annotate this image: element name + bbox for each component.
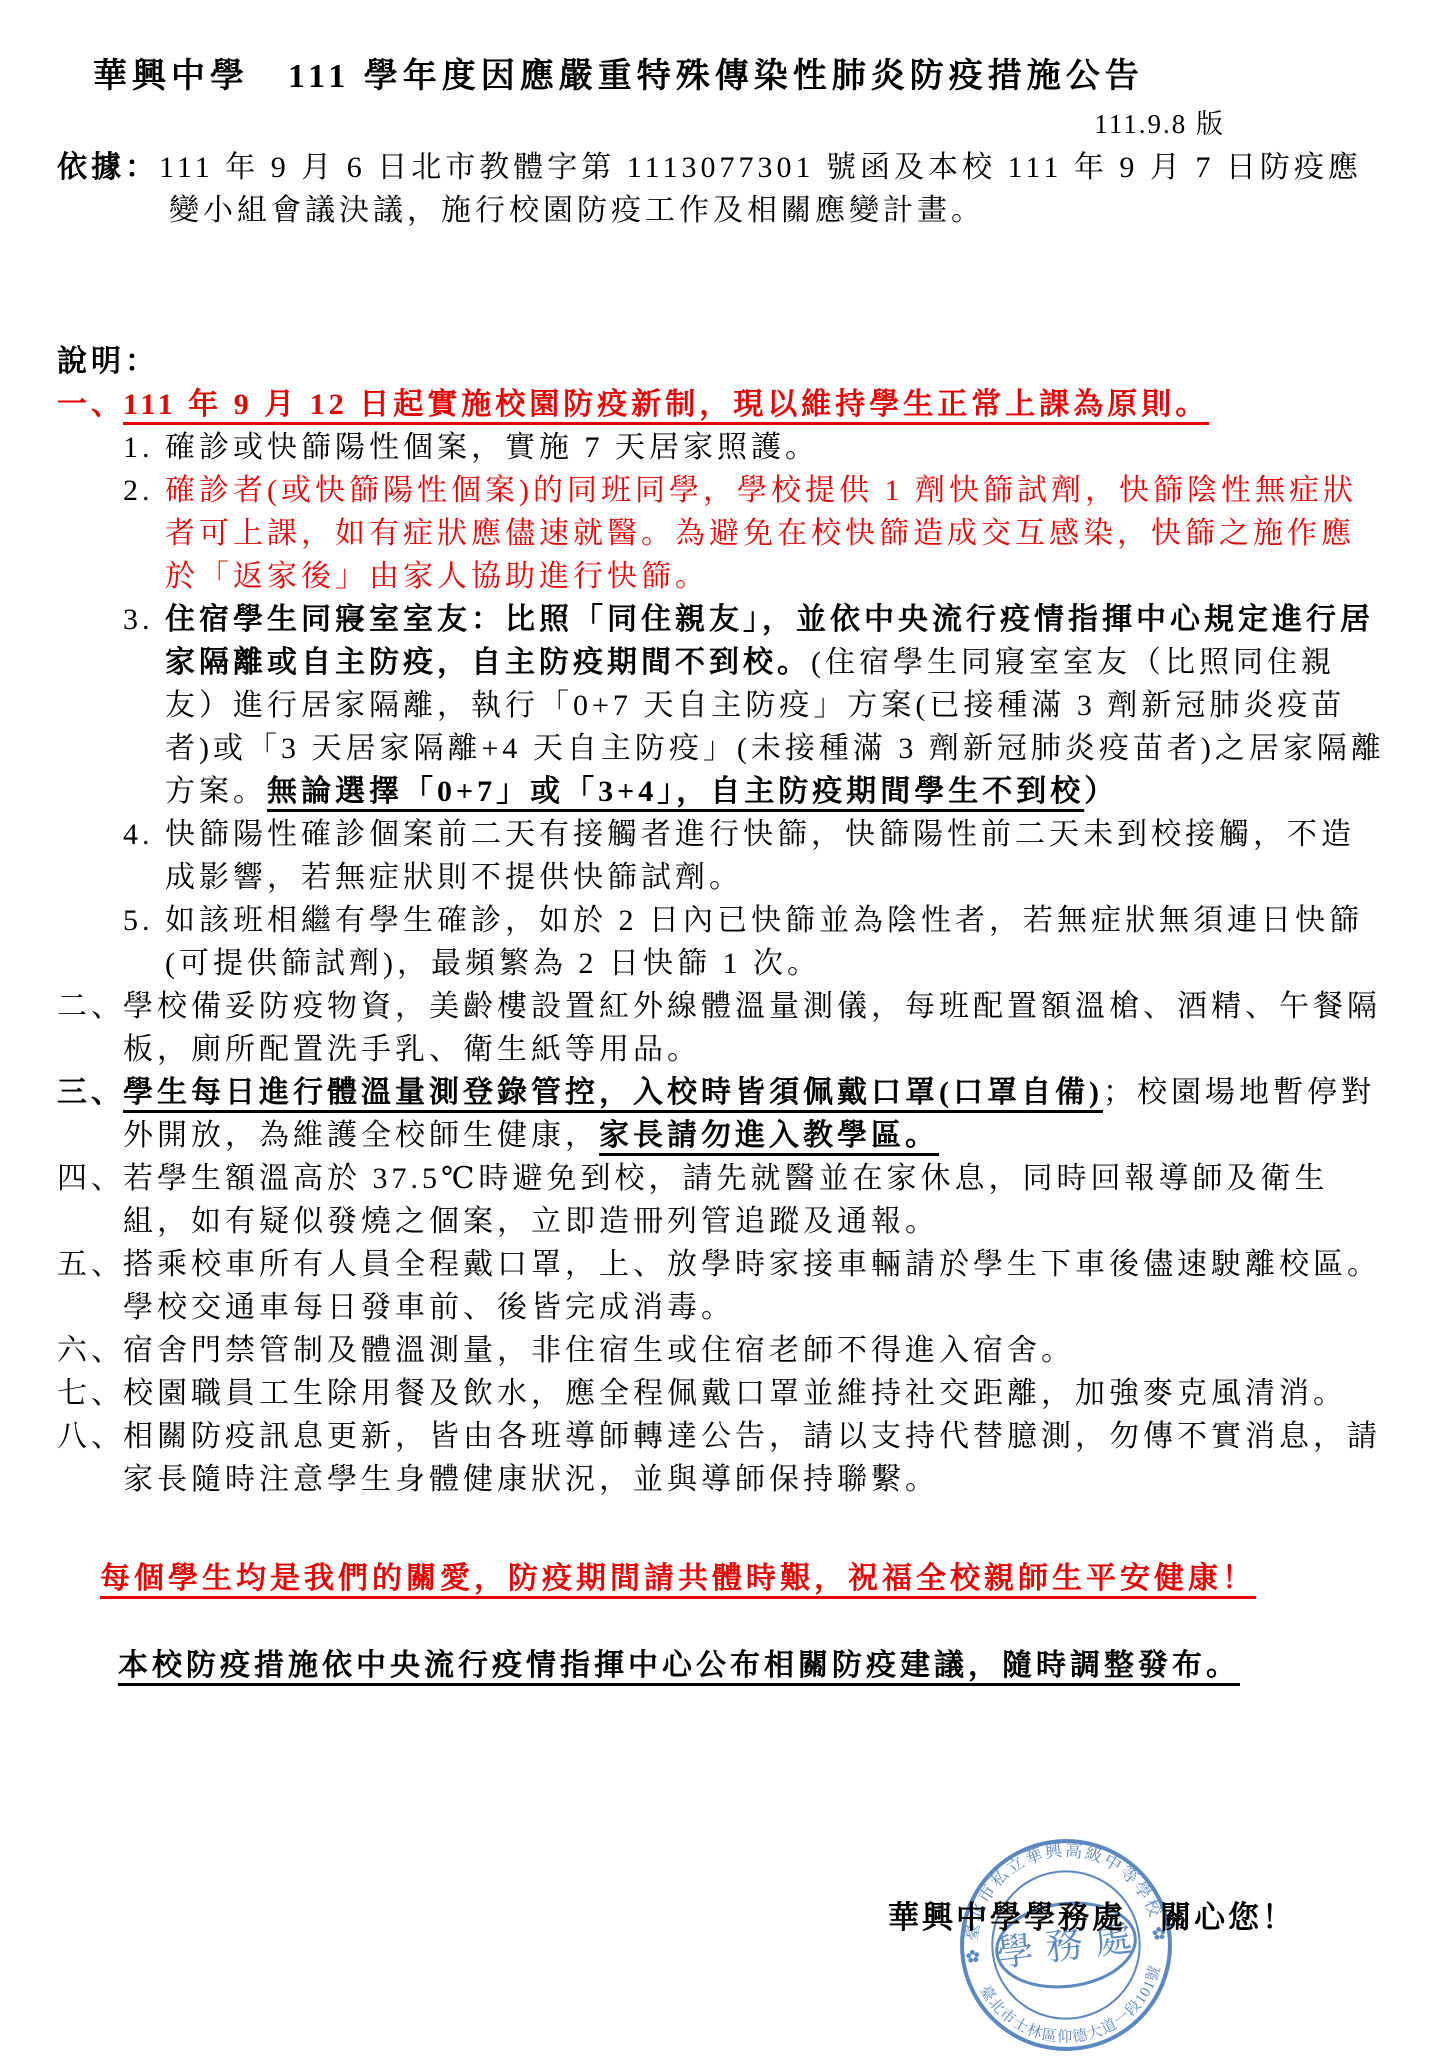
- subitem-1: 1. 確診或快篩陽性個案，實施 7 天居家照護。: [123, 426, 1385, 469]
- basis-paragraph: 依據：111 年 9 月 6 日北市教體字第 1113077301 號函及本校 …: [57, 146, 1385, 232]
- section-4: 四、 若學生額溫高於 37.5℃時避免到校，請先就醫並在家休息，同時回報導師及衛…: [57, 1157, 1385, 1243]
- section-3-text: 學生每日進行體溫量測登錄管控，入校時皆須佩戴口罩(口罩自備)；校園場地暫停對外開…: [123, 1071, 1385, 1157]
- school-seal-stamp: 臺北市私立華興高級中等學校 臺北市士林區仰德大道一段101號 學務處: [942, 1821, 1189, 2068]
- subitem-4-text: 快篩陽性確診個案前二天有接觸者進行快篩，快篩陽性前二天未到校接觸，不造成影響，若…: [165, 813, 1385, 899]
- subitem-3-number: 3.: [123, 598, 165, 813]
- section-5-text: 搭乘校車所有人員全程戴口罩，上、放學時家接車輛請於學生下車後儘速駛離校區。學校交…: [123, 1243, 1385, 1329]
- subitem-3: 3. 住宿學生同寢室室友：比照「同住親友」，並依中央流行疫情指揮中心規定進行居家…: [123, 598, 1385, 813]
- section-4-number: 四、: [57, 1157, 123, 1243]
- subitem-2-number: 2.: [123, 469, 165, 598]
- page-title: 華興中學 111 學年度因應嚴重特殊傳染性肺炎防疫措施公告: [57, 52, 1385, 102]
- plum-blossom-icon: [966, 1949, 980, 1963]
- closing-black-line: 本校防疫措施依中央流行疫情指揮中心公布相關防疫建議，隨時調整發布。: [118, 1644, 1385, 1687]
- section-6: 六、 宿舍門禁管制及體溫測量，非住宿生或住宿老師不得進入宿舍。: [57, 1329, 1385, 1372]
- subitem-5-number: 5.: [123, 899, 165, 985]
- subitem-1-text: 確診或快篩陽性個案，實施 7 天居家照護。: [165, 426, 1385, 469]
- closing-red-line: 每個學生均是我們的關愛，防疫期間請共體時艱，祝福全校親師生平安健康！: [100, 1557, 1385, 1600]
- version-label: 111.9.8 版: [57, 104, 1385, 144]
- document-page: 華興中學 111 學年度因應嚴重特殊傳染性肺炎防疫措施公告 111.9.8 版 …: [0, 0, 1455, 2072]
- section-8-number: 八、: [57, 1415, 123, 1501]
- section-5-number: 五、: [57, 1243, 123, 1329]
- section-4-text: 若學生額溫高於 37.5℃時避免到校，請先就醫並在家休息，同時回報導師及衛生組，…: [123, 1157, 1385, 1243]
- basis-label: 依據：: [57, 151, 159, 184]
- subitem-4: 4. 快篩陽性確診個案前二天有接觸者進行快篩，快篩陽性前二天未到校接觸，不造成影…: [123, 813, 1385, 899]
- section-3: 三、 學生每日進行體溫量測登錄管控，入校時皆須佩戴口罩(口罩自備)；校園場地暫停…: [57, 1071, 1385, 1157]
- subitem-2-text: 確診者(或快篩陽性個案)的同班同學，學校提供 1 劑快篩試劑，快篩陰性無症狀者可…: [165, 469, 1385, 598]
- basis-text: 111 年 9 月 6 日北市教體字第 1113077301 號函及本校 111…: [159, 151, 1362, 227]
- signature-line: 華興中學學務處 關心您！: [888, 1896, 1296, 1939]
- section-6-number: 六、: [57, 1329, 123, 1372]
- section-3-number: 三、: [57, 1071, 123, 1157]
- explanation-heading: 說明：: [57, 340, 1385, 383]
- subitem-2: 2. 確診者(或快篩陽性個案)的同班同學，學校提供 1 劑快篩試劑，快篩陰性無症…: [123, 469, 1385, 598]
- section-7-number: 七、: [57, 1372, 123, 1415]
- subitem-3-text: 住宿學生同寢室室友：比照「同住親友」，並依中央流行疫情指揮中心規定進行居家隔離或…: [165, 598, 1385, 813]
- subitem-5: 5. 如該班相繼有學生確診，如於 2 日內已快篩並為陰性者，若無症狀無須連日快篩…: [123, 899, 1385, 985]
- section-2-text: 學校備妥防疫物資，美齡樓設置紅外線體溫量測儀，每班配置額溫槍、酒精、午餐隔板，廁…: [123, 985, 1385, 1071]
- subitem-3-closing-paren: ）: [1084, 775, 1118, 808]
- section-7: 七、 校園職員工生除用餐及飲水，應全程佩戴口罩並維持社交距離，加強麥克風清消。: [57, 1372, 1385, 1415]
- subitem-3-emphasis: 無論選擇「0+7」或「3+4」，自主防疫期間學生不到校: [267, 775, 1084, 808]
- section-8-text: 相關防疫訊息更新，皆由各班導師轉達公告，請以支持代替臆測，勿傳不實消息，請家長隨…: [123, 1415, 1385, 1501]
- section-5: 五、 搭乘校車所有人員全程戴口罩，上、放學時家接車輛請於學生下車後儘速駛離校區。…: [57, 1243, 1385, 1329]
- section-2: 二、 學校備妥防疫物資，美齡樓設置紅外線體溫量測儀，每班配置額溫槍、酒精、午餐隔…: [57, 985, 1385, 1071]
- section-1: 一、 111 年 9 月 12 日起實施校園防疫新制，現以維持學生正常上課為原則…: [57, 383, 1385, 985]
- section-7-text: 校園職員工生除用餐及飲水，應全程佩戴口罩並維持社交距離，加強麥克風清消。: [123, 1372, 1385, 1415]
- section-2-number: 二、: [57, 985, 123, 1071]
- section-3-emphasis-2: 家長請勿進入教學區。: [599, 1119, 939, 1152]
- stamp-ring-bottom-text: 臺北市士林區仰德大道一段101號: [975, 1961, 1172, 2057]
- section-6-text: 宿舍門禁管制及體溫測量，非住宿生或住宿老師不得進入宿舍。: [123, 1329, 1385, 1372]
- subitem-5-text: 如該班相繼有學生確診，如於 2 日內已快篩並為陰性者，若無症狀無須連日快篩(可提…: [165, 899, 1385, 985]
- section-1-number: 一、: [57, 383, 123, 985]
- section-3-emphasis-1: 學生每日進行體溫量測登錄管控，入校時皆須佩戴口罩(口罩自備): [123, 1076, 1103, 1109]
- section-1-heading: 111 年 9 月 12 日起實施校園防疫新制，現以維持學生正常上課為原則。: [123, 383, 1385, 426]
- section-8: 八、 相關防疫訊息更新，皆由各班導師轉達公告，請以支持代替臆測，勿傳不實消息，請…: [57, 1415, 1385, 1501]
- subitem-4-number: 4.: [123, 813, 165, 899]
- subitem-1-number: 1.: [123, 426, 165, 469]
